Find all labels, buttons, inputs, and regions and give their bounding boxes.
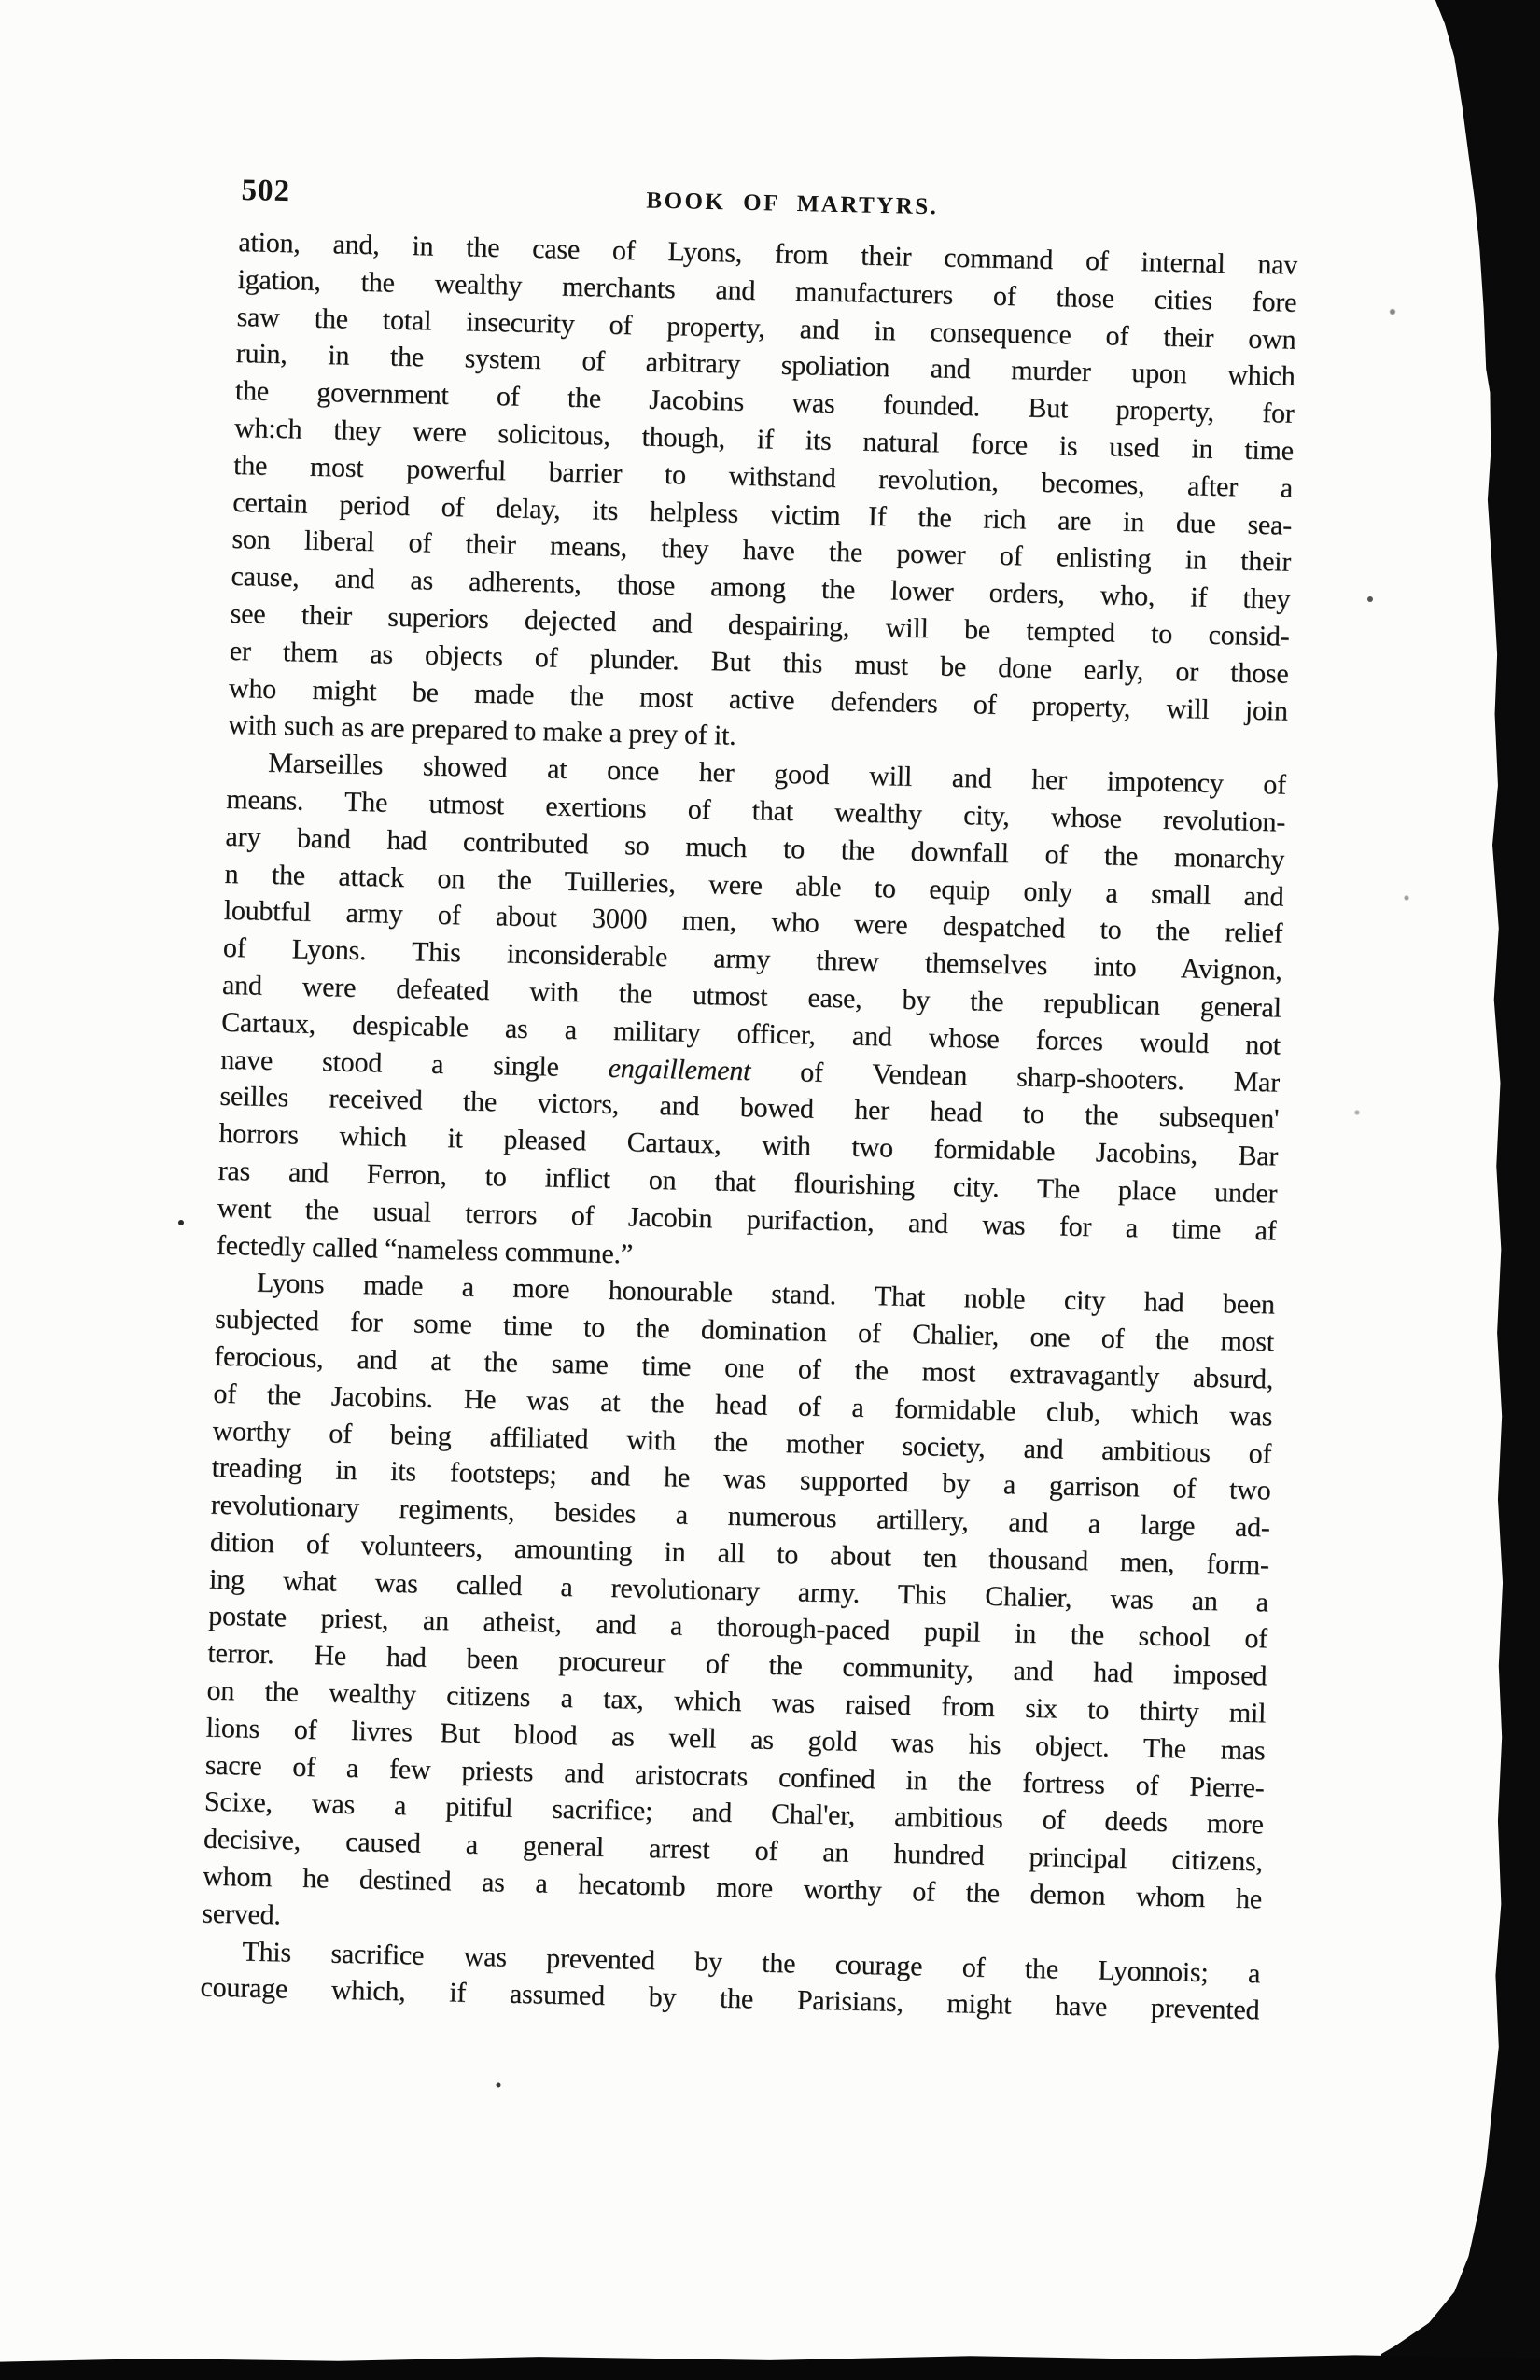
running-header: BOOK OF MARTYRS. [646,189,939,221]
text-segment: nave stood a single [220,1043,609,1083]
scanned-book-page: 502 BOOK OF MARTYRS. ation, and, in the … [0,0,1540,2380]
scan-edge-right-artifact [1381,0,1540,2380]
page-number: 502 [241,174,290,209]
body-text: ation, and, in the case of Lyons, from t… [200,224,1297,2030]
scan-ink-specks [0,0,4,4]
page-content: 502 BOOK OF MARTYRS. ation, and, in the … [200,174,1299,2030]
scan-edge-bottom-artifact [0,2337,1540,2380]
italic-word: engaillement [608,1052,750,1085]
